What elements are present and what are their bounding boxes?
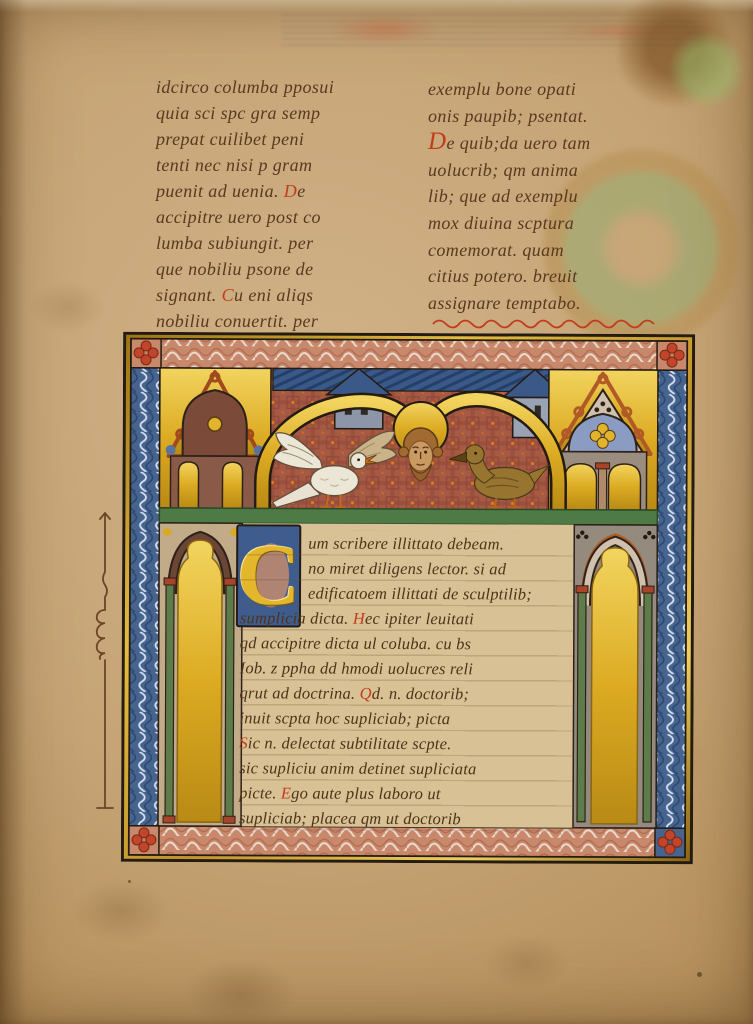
- manuscript-text-line: nobiliu conuertit. per: [156, 308, 408, 334]
- text-segment: picte.: [239, 783, 281, 802]
- text-segment: nobiliu conuertit. per: [156, 311, 318, 331]
- red-pigment-smudge-2: [556, 22, 680, 40]
- manuscript-text-line: tenti nec nisi p gram: [156, 152, 408, 178]
- left-niche: [158, 523, 242, 826]
- rubricated-letter: D: [428, 128, 446, 155]
- panel-text-line: no miret diligens lector. si ad: [240, 555, 574, 581]
- panel-text-line: qd accipitre dicta ul coluba. cu bs: [240, 630, 574, 656]
- text-segment: no miret diligens lector. si ad: [308, 559, 506, 579]
- text-segment: citius potero. breuit: [428, 266, 578, 286]
- rubricated-letter: Q: [360, 684, 372, 703]
- panel-text-line: um scribere illittato debeam.: [240, 530, 574, 556]
- text-segment: e: [297, 181, 305, 201]
- text-segment: u eni aliqs: [234, 285, 313, 305]
- manuscript-text-line: uolucrib; qm anima: [428, 157, 694, 184]
- text-segment: lib; que ad exemplu: [428, 186, 578, 206]
- ink-speck: [128, 880, 131, 883]
- text-segment: inuit scpta hoc supliciab; picta: [239, 708, 450, 728]
- corner-quatrefoil-bottom-left: [129, 826, 159, 855]
- manuscript-text-line: exemplu bone opati: [428, 76, 694, 103]
- text-segment: lumba subiungit. per: [156, 233, 314, 253]
- gold-figure-slab: [177, 540, 222, 822]
- text-segment: exemplu bone opati: [428, 79, 576, 99]
- text-segment: comemorat. quam: [428, 240, 564, 260]
- panel-text-line: picte. Ego aute plus laboro ut: [239, 780, 573, 806]
- margin-pen-flourish: [88, 512, 122, 824]
- text-segment: quia sci spc gra semp: [156, 103, 320, 123]
- text-segment: e quib;da uero tam: [446, 133, 590, 153]
- right-border-band: [656, 370, 687, 828]
- rubricated-letter: H: [353, 609, 365, 628]
- text-segment: ec ipiter leuitati: [365, 609, 474, 628]
- rubricated-letter: D: [284, 181, 297, 201]
- manuscript-text-line: mox diuina scptura: [428, 210, 694, 237]
- corner-quatrefoil-top-left: [131, 339, 161, 368]
- text-segment: tenti nec nisi p gram: [156, 155, 312, 175]
- manuscript-text-line: comemorat. quam: [428, 237, 694, 264]
- manuscript-text-line: signant. Cu eni aliqs: [156, 282, 408, 308]
- manuscript-text-line: lib; que ad exemplu: [428, 183, 694, 210]
- manuscript-text-line: assignare temptabo.: [428, 290, 694, 317]
- dove-body: [310, 466, 358, 496]
- text-segment: qd accipitre dicta ul coluba. cu bs: [240, 633, 471, 653]
- manuscript-text-line: que nobiliu psone de: [156, 256, 408, 282]
- text-segment: go aute plus laboro ut: [291, 783, 441, 803]
- text-segment: um scribere illittato debeam.: [308, 534, 504, 554]
- manuscript-text-line: accipitre uero post co: [156, 204, 408, 230]
- manuscript-text-line: De quib;da uero tam: [428, 129, 694, 157]
- red-pigment-smudge: [328, 14, 440, 44]
- illuminated-panel: C um scribere illittato debeam. no miret…: [121, 332, 695, 864]
- top-border-band: [131, 339, 687, 370]
- manuscript-text-line: onis paupib; psentat.: [428, 103, 694, 130]
- text-segment: assignare temptabo.: [428, 293, 581, 313]
- text-segment: ic n. delectat subtilitate scpte.: [248, 733, 452, 753]
- text-segment: uolucrib; qm anima: [428, 160, 578, 180]
- panel-text-block: um scribere illittato debeam. no miret d…: [239, 530, 574, 831]
- ink-speck: [697, 972, 702, 977]
- panel-text-line: sic supliciu anim detinet supliciata: [239, 755, 573, 781]
- manuscript-text-line: quia sci spc gra semp: [156, 100, 408, 126]
- gold-figure-slab: [591, 548, 638, 824]
- text-column-right: exemplu bone opati onis paupib; psentat.…: [428, 76, 694, 316]
- panel-text-line: Sic n. delectat subtilitate scpte.: [239, 730, 573, 756]
- left-border-band: [129, 368, 160, 826]
- text-segment: puenit ad uenia.: [156, 181, 284, 201]
- text-segment: mox diuina scptura: [428, 213, 574, 233]
- text-segment: signant.: [156, 285, 222, 305]
- text-segment: accipitre uero post co: [156, 207, 321, 227]
- text-segment: Iob. z ppha dd hmodi uolucres reli: [240, 658, 473, 678]
- manuscript-text-line: prepat cuilibet peni: [156, 126, 408, 152]
- panel-text-line: Iob. z ppha dd hmodi uolucres reli: [240, 655, 574, 681]
- text-segment: que nobiliu psone de: [156, 259, 313, 279]
- manuscript-page: idcirco columba pposui quia sci spc gra …: [0, 0, 753, 1024]
- right-niche: [573, 525, 657, 828]
- text-segment: sumplicia dicta.: [240, 608, 353, 627]
- text-segment: sic supliciu anim detinet supliciata: [239, 758, 476, 778]
- red-wavy-underline: [431, 317, 663, 329]
- text-segment: onis paupib; psentat.: [428, 106, 588, 126]
- manuscript-text-line: puenit ad uenia. De: [156, 178, 408, 204]
- text-segment: prepat cuilibet peni: [156, 129, 304, 149]
- duck-head: [465, 445, 484, 464]
- manuscript-text-line: lumba subiungit. per: [156, 230, 408, 256]
- panel-text-line: qrut ad doctrina. Qd. n. doctorib;: [240, 680, 574, 706]
- page-top-edge: [0, 0, 753, 12]
- manuscript-text-line: citius potero. breuit: [428, 263, 694, 290]
- panel-text-line: sumplicia dicta. Hec ipiter leuitati: [240, 605, 574, 631]
- panel-text-line: supliciab; placea qm ut doctorib: [239, 805, 573, 831]
- text-segment: supliciab; placea qm ut doctorib: [239, 808, 461, 828]
- panel-text-line: edificatoem illittati de sculptilib;: [240, 580, 574, 606]
- text-segment: edificatoem illittati de sculptilib;: [308, 584, 532, 604]
- panel-text-line: inuit scpta hoc supliciab; picta: [239, 705, 573, 731]
- manuscript-text-line: idcirco columba pposui: [156, 74, 408, 100]
- rubricated-letter: E: [281, 783, 291, 802]
- corner-quatrefoil-top-right: [657, 341, 687, 370]
- text-segment: d. n. doctorib;: [372, 684, 470, 703]
- binding-gutter-shadow: [0, 0, 26, 1024]
- corner-quatrefoil-bottom-right: [655, 828, 685, 857]
- text-segment: qrut ad doctrina.: [240, 683, 360, 703]
- text-column-left: idcirco columba pposui quia sci spc gra …: [156, 74, 408, 334]
- text-segment: idcirco columba pposui: [156, 77, 334, 97]
- offset-text-smudge: [282, 14, 706, 50]
- rubricated-letter: C: [222, 285, 234, 305]
